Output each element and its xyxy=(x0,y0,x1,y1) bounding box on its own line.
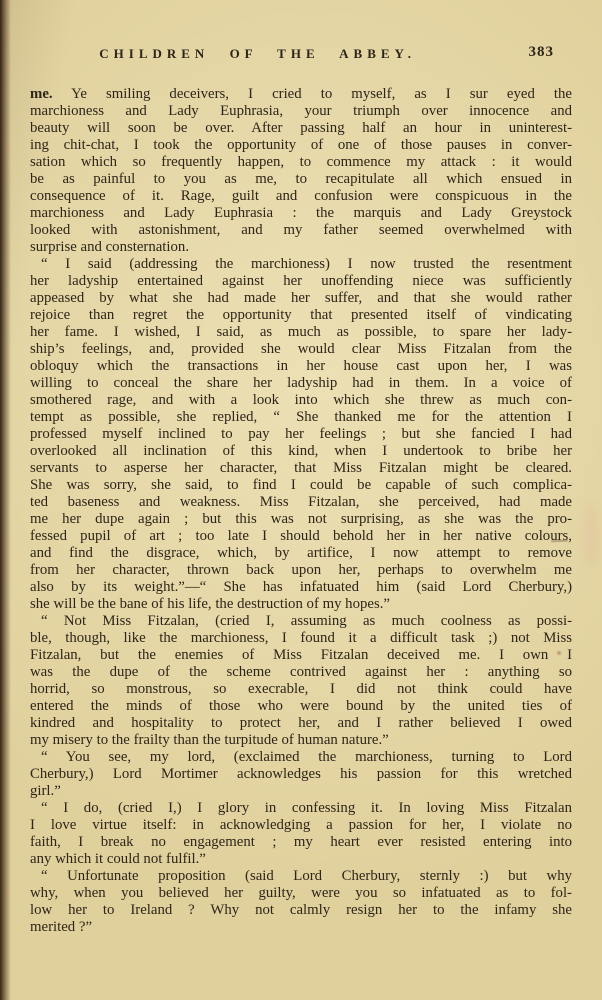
text-line: obloquy which the transactions in her ho… xyxy=(30,358,572,375)
text-line: merited ?” xyxy=(30,919,572,936)
text-line: her fame. I wished, I said, as much as p… xyxy=(30,324,572,341)
text-line: low her to Ireland ? Why not calmly resi… xyxy=(30,902,572,919)
page-body: me. Ye smiling deceivers, I cried to mys… xyxy=(30,86,572,936)
text-line: any which it could not fulfil.” xyxy=(30,851,572,868)
text-line: “ You see, my lord, (exclaimed the march… xyxy=(30,749,572,766)
text-line: faith, I break no engagement ; my heart … xyxy=(30,834,572,851)
page-title: CHILDREN OF THE ABBEY. xyxy=(99,46,416,62)
text-line: me her dupe again ; but this was not sur… xyxy=(30,511,572,528)
text-line: why, when you believed her guilty, were … xyxy=(30,885,572,902)
text-line: ship’s feelings, and, provided she would… xyxy=(30,341,572,358)
text-line: looked with astonishment, and my father … xyxy=(30,222,572,239)
text-line: “ I do, (cried I,) I glory in confessing… xyxy=(30,800,572,817)
text-line: also by its weight.”—“ She has infatuate… xyxy=(30,579,572,596)
text-line: consequence of it. Rage, guilt and confu… xyxy=(30,188,572,205)
text-line: fessed pupil of art ; too late I should … xyxy=(30,528,572,545)
text-line: horrid, so monstrous, so execrable, I di… xyxy=(30,681,572,698)
text-line: servants to asperse her character, that … xyxy=(30,460,572,477)
text-line: tempt as possible, she replied, “ She th… xyxy=(30,409,572,426)
text-line: entered the minds of those who were boun… xyxy=(30,698,572,715)
text-line: my misery to the frailty than the turpit… xyxy=(30,732,572,749)
text-line: overlooked all inclination of this kind,… xyxy=(30,443,572,460)
text-line: Cherbury,) Lord Mortimer acknowledges hi… xyxy=(30,766,572,783)
book-page: CHILDREN OF THE ABBEY. 383 me. Ye smilin… xyxy=(0,0,602,1000)
text-line: her ladyship entertained against her uno… xyxy=(30,273,572,290)
text-line: and find the disgrace, which, by artific… xyxy=(30,545,572,562)
book-gutter-shadow xyxy=(0,0,11,1000)
text-line: from her character, thrown back upon her… xyxy=(30,562,572,579)
paragraph: “ Not Miss Fitzalan, (cried I, assuming … xyxy=(30,613,572,749)
text-line: kindred and hospitality to protect her, … xyxy=(30,715,572,732)
text-line: Fitzalan, but the enemies of Miss Fitzal… xyxy=(30,647,572,664)
text-line: was the dupe of the scheme contrived aga… xyxy=(30,664,572,681)
text-line: ble, though, like the marchioness, I fou… xyxy=(30,630,572,647)
text-line: “ Unfortunate proposition (said Lord Che… xyxy=(30,868,572,885)
text-line: me. Ye smiling deceivers, I cried to mys… xyxy=(30,86,572,103)
text-line: smothered rage, and with a look into whi… xyxy=(30,392,572,409)
text-line: girl.” xyxy=(30,783,572,800)
text-line: ted baseness and weakness. Miss Fitzalan… xyxy=(30,494,572,511)
paragraph: “ I do, (cried I,) I glory in confessing… xyxy=(30,800,572,868)
paragraph: “ Unfortunate proposition (said Lord Che… xyxy=(30,868,572,936)
text-line: ing chit-chat, I took the opportunity of… xyxy=(30,137,572,154)
text-line: marchioness and Lady Euphrasia : the mar… xyxy=(30,205,572,222)
paragraph: me. Ye smiling deceivers, I cried to mys… xyxy=(30,86,572,256)
text-line: She was sorry, she said, to find I could… xyxy=(30,477,572,494)
running-header: CHILDREN OF THE ABBEY. 383 xyxy=(30,44,572,64)
text-line: marchioness and Lady Euphrasia, your tri… xyxy=(30,103,572,120)
text-line: “ Not Miss Fitzalan, (cried I, assuming … xyxy=(30,613,572,630)
text-line: be as painful to you as me, to recapitul… xyxy=(30,171,572,188)
text-line: surprise and consternation. xyxy=(30,239,572,256)
paragraph: “ You see, my lord, (exclaimed the march… xyxy=(30,749,572,800)
page-edge-blemish xyxy=(584,505,598,565)
text-line: I love virtue itself: in acknowledging a… xyxy=(30,817,572,834)
text-line: she will be the bane of his life, the de… xyxy=(30,596,572,613)
text-line: beauty will soon be over. After passing … xyxy=(30,120,572,137)
text-line: “ I said (addressing the marchioness) I … xyxy=(30,256,572,273)
text-line: rejoice than regret the opportunity that… xyxy=(30,307,572,324)
text-line: appeased by what she had made her suffer… xyxy=(30,290,572,307)
text-line: willing to conceal the share her ladyshi… xyxy=(30,375,572,392)
page-number: 383 xyxy=(529,44,555,61)
paragraph: “ I said (addressing the marchioness) I … xyxy=(30,256,572,613)
text-line: sation which so frequently happen, to co… xyxy=(30,154,572,171)
text-line: professed myself inclined to pay her fee… xyxy=(30,426,572,443)
